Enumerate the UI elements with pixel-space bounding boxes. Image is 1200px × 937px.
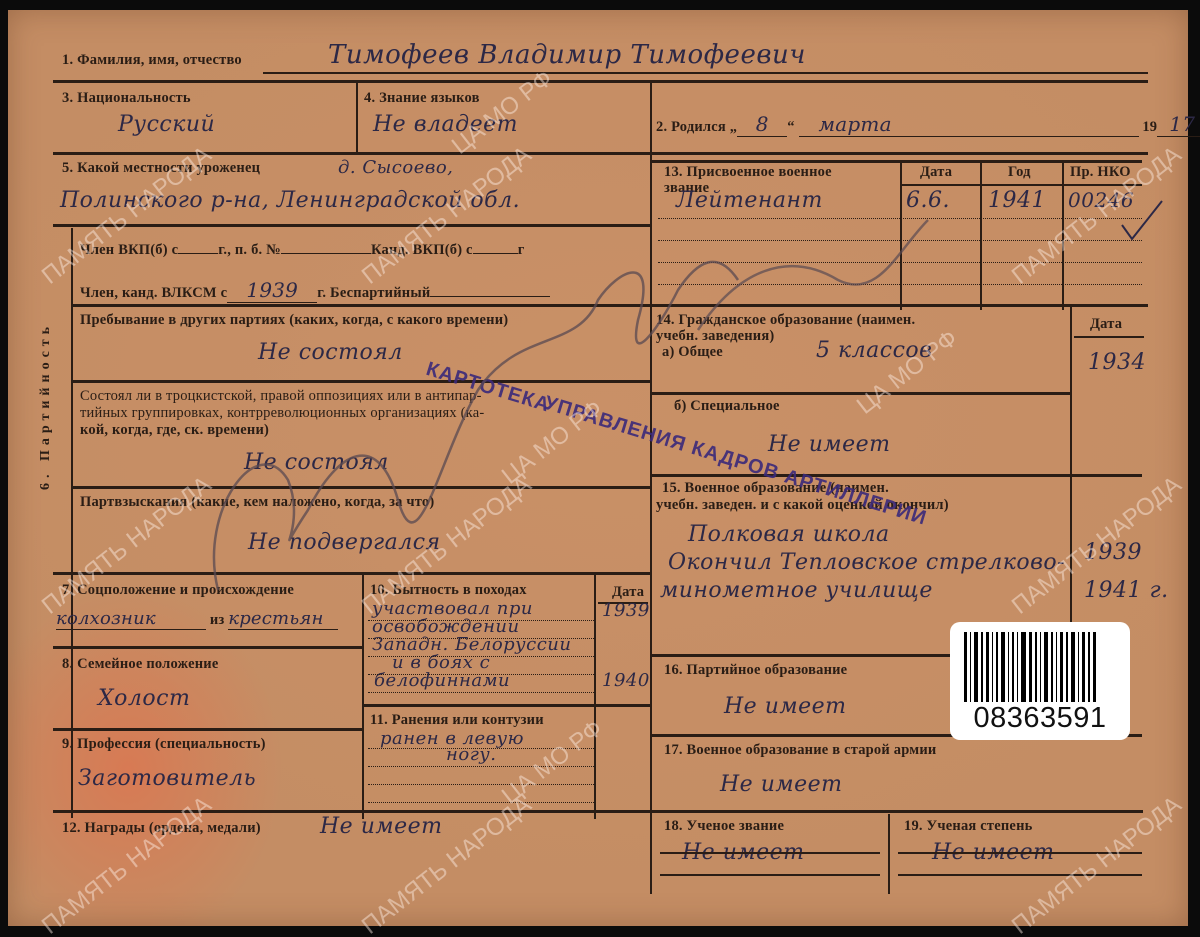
f11-label: 11. Ранения или контузии bbox=[370, 712, 544, 729]
rule-13-top bbox=[652, 160, 1142, 163]
barcode-bars-icon bbox=[964, 632, 1116, 702]
watermark-pamyat-naroda: ПАМЯТЬ НАРОДА bbox=[38, 793, 216, 937]
f14-date-divider bbox=[1070, 306, 1072, 651]
rule-10 bbox=[364, 704, 650, 707]
f1-value: Тимофеев Владимир Тимофеевич bbox=[328, 40, 806, 70]
barcode-label: 08363591 bbox=[950, 622, 1130, 740]
f18-line-1 bbox=[660, 852, 880, 854]
personnel-record-card: 1. Фамилия, имя, отчество Тимофеев Влади… bbox=[8, 10, 1188, 926]
f6-section-label: 6. Партийность bbox=[38, 322, 54, 490]
f16-value: Не имеет bbox=[724, 694, 847, 719]
f13-col-year: Год bbox=[1008, 164, 1031, 181]
f3-value: Русский bbox=[118, 112, 215, 137]
rule-8 bbox=[53, 646, 362, 649]
f14-date-underline bbox=[1074, 336, 1144, 338]
f11-row-line bbox=[368, 802, 594, 803]
rule-1 bbox=[53, 80, 1148, 83]
f4-label: 4. Знание языков bbox=[364, 90, 480, 107]
center-divider-bottom bbox=[650, 814, 652, 894]
f5-value-line1: д. Сысоево, bbox=[338, 157, 453, 178]
f2-day: 8 bbox=[737, 112, 787, 137]
f9-label: 9. Профессия (специальность) bbox=[62, 736, 266, 753]
f10-row-line bbox=[368, 692, 594, 693]
f19-label: 19. Ученая степень bbox=[904, 818, 1033, 835]
f1-underline bbox=[263, 72, 1148, 74]
f11-row-line bbox=[368, 784, 594, 785]
f1-label: 1. Фамилия, имя, отчество bbox=[62, 52, 242, 69]
f2-month: марта bbox=[799, 112, 1139, 137]
f10-row-line bbox=[368, 674, 594, 675]
rule-16-top bbox=[652, 654, 952, 657]
divider-3-4 bbox=[356, 82, 358, 152]
barcode-number: 08363591 bbox=[950, 702, 1130, 735]
f2-year: 17 bbox=[1157, 112, 1200, 137]
f9-value: Заготовитель bbox=[78, 766, 256, 791]
f18-line-2 bbox=[660, 874, 880, 876]
f3-label: 3. Национальность bbox=[62, 90, 191, 107]
f16-label: 16. Партийное образование bbox=[664, 662, 847, 679]
f14-general-date: 1934 bbox=[1088, 350, 1146, 375]
divider-18-19 bbox=[888, 814, 890, 894]
f13-header-underline bbox=[902, 184, 1142, 186]
f14-date-header: Дата bbox=[1090, 316, 1122, 333]
f10-row-line bbox=[368, 656, 594, 657]
f17-value: Не имеет bbox=[720, 772, 843, 797]
f2-label: 2. Родился „8“ марта 1917г. bbox=[656, 112, 1200, 137]
f17-label: 17. Военное образование в старой армии bbox=[664, 742, 936, 759]
rule-2 bbox=[53, 152, 1148, 155]
f12-value: Не имеет bbox=[320, 814, 443, 839]
rule-9 bbox=[53, 728, 362, 731]
f8-value: Холост bbox=[98, 686, 190, 711]
f18-label: 18. Ученое звание bbox=[664, 818, 784, 835]
f15-date2: 1941 г. bbox=[1084, 578, 1169, 603]
f10-date2: 1940 bbox=[602, 670, 650, 691]
f13-col-date: Дата bbox=[920, 164, 952, 181]
f8-label: 8. Семейное положение bbox=[62, 656, 218, 673]
f10-row-line bbox=[368, 638, 594, 639]
f13-label-line1: 13. Присвоенное военное bbox=[664, 164, 832, 181]
